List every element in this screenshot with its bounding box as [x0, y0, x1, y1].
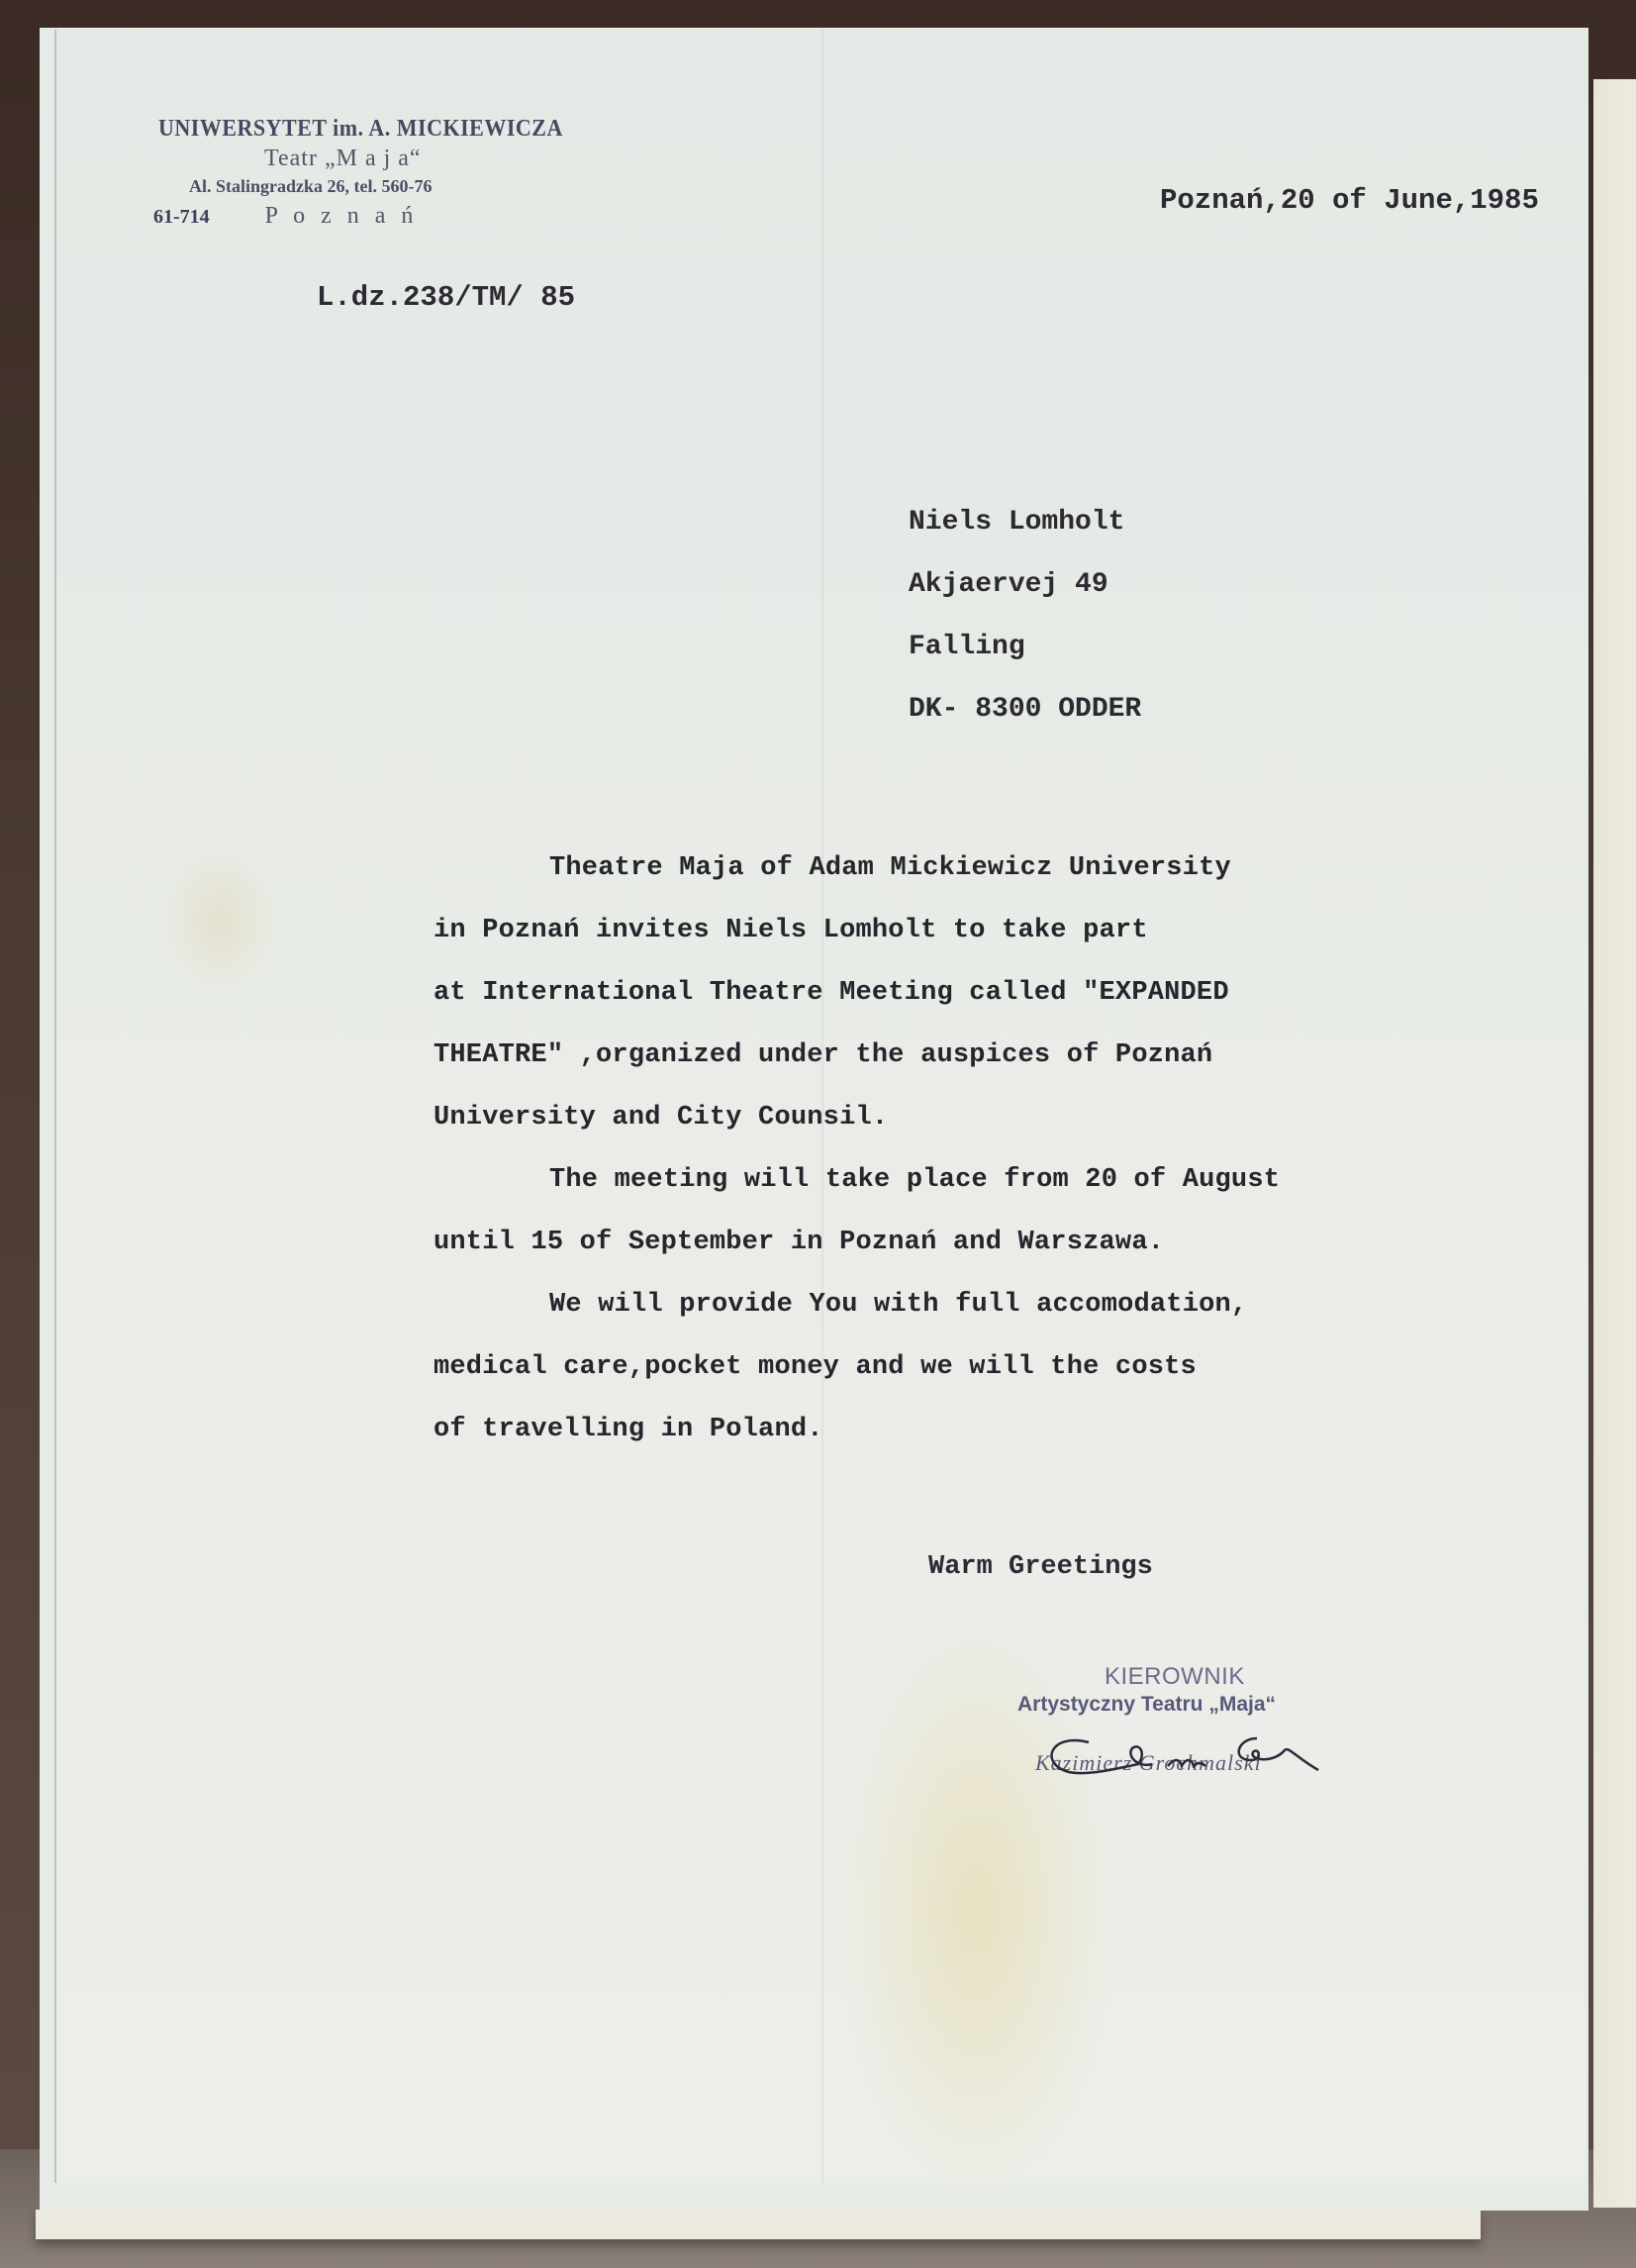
body-line: medical care,pocket money and we will th… [433, 1352, 1423, 1415]
letterhead-theatre: Teatr „M a j a“ [264, 146, 589, 172]
body-line: University and City Counsil. [433, 1103, 1423, 1165]
body-line: at International Theatre Meeting called … [433, 978, 1423, 1040]
letterhead-address: Al. Stalingradzka 26, tel. 560-76 [189, 176, 589, 197]
recipient-name: Niels Lomholt [909, 507, 1141, 569]
stamp-role: Artystyczny Teatru „Maja“ [1017, 1693, 1366, 1717]
recipient-locality: Falling [909, 632, 1141, 694]
handwritten-signature-icon [1029, 1725, 1356, 1784]
body-line: of travelling in Poland. [433, 1415, 1423, 1477]
letterhead-postcode: 61-714 [153, 206, 210, 229]
signature-stamp: KIEROWNIK Artystyczny Teatru „Maja“ Kazi… [1010, 1663, 1366, 1776]
body-line: Theatre Maja of Adam Mickiewicz Universi… [433, 853, 1423, 916]
letter-body: Theatre Maja of Adam Mickiewicz Universi… [433, 853, 1423, 1477]
underlying-sheet-edge [1593, 79, 1636, 2208]
letterhead-stamp: UNIWERSYTET im. A. MICKIEWICZA Teatr „M … [153, 114, 589, 230]
closing-greeting: Warm Greetings [928, 1552, 1153, 1582]
letterhead-city: P o z n a ń [265, 203, 419, 230]
date-line: Poznań,20 of June,1985 [1160, 184, 1539, 217]
recipient-postal: DK- 8300 ODDER [909, 694, 1141, 756]
underlying-sheet-bottom [36, 2210, 1481, 2239]
recipient-address: Niels Lomholt Akjaervej 49 Falling DK- 8… [909, 507, 1141, 756]
body-line: The meeting will take place from 20 of A… [433, 1165, 1423, 1228]
reference-number: L.dz.238/TM/ 85 [317, 281, 575, 314]
letterhead-city-row: 61-714 P o z n a ń [153, 203, 589, 230]
body-line: in Poznań invites Niels Lomholt to take … [433, 916, 1423, 978]
stamp-title: KIEROWNIK [1105, 1663, 1366, 1691]
body-line: until 15 of September in Poznań and Wars… [433, 1228, 1423, 1290]
body-line: We will provide You with full accomodati… [433, 1290, 1423, 1352]
body-line: THEATRE" ,organized under the auspices o… [433, 1040, 1423, 1103]
recipient-street: Akjaervej 49 [909, 569, 1141, 632]
letterhead-institution: UNIWERSYTET im. A. MICKIEWICZA [158, 114, 589, 143]
